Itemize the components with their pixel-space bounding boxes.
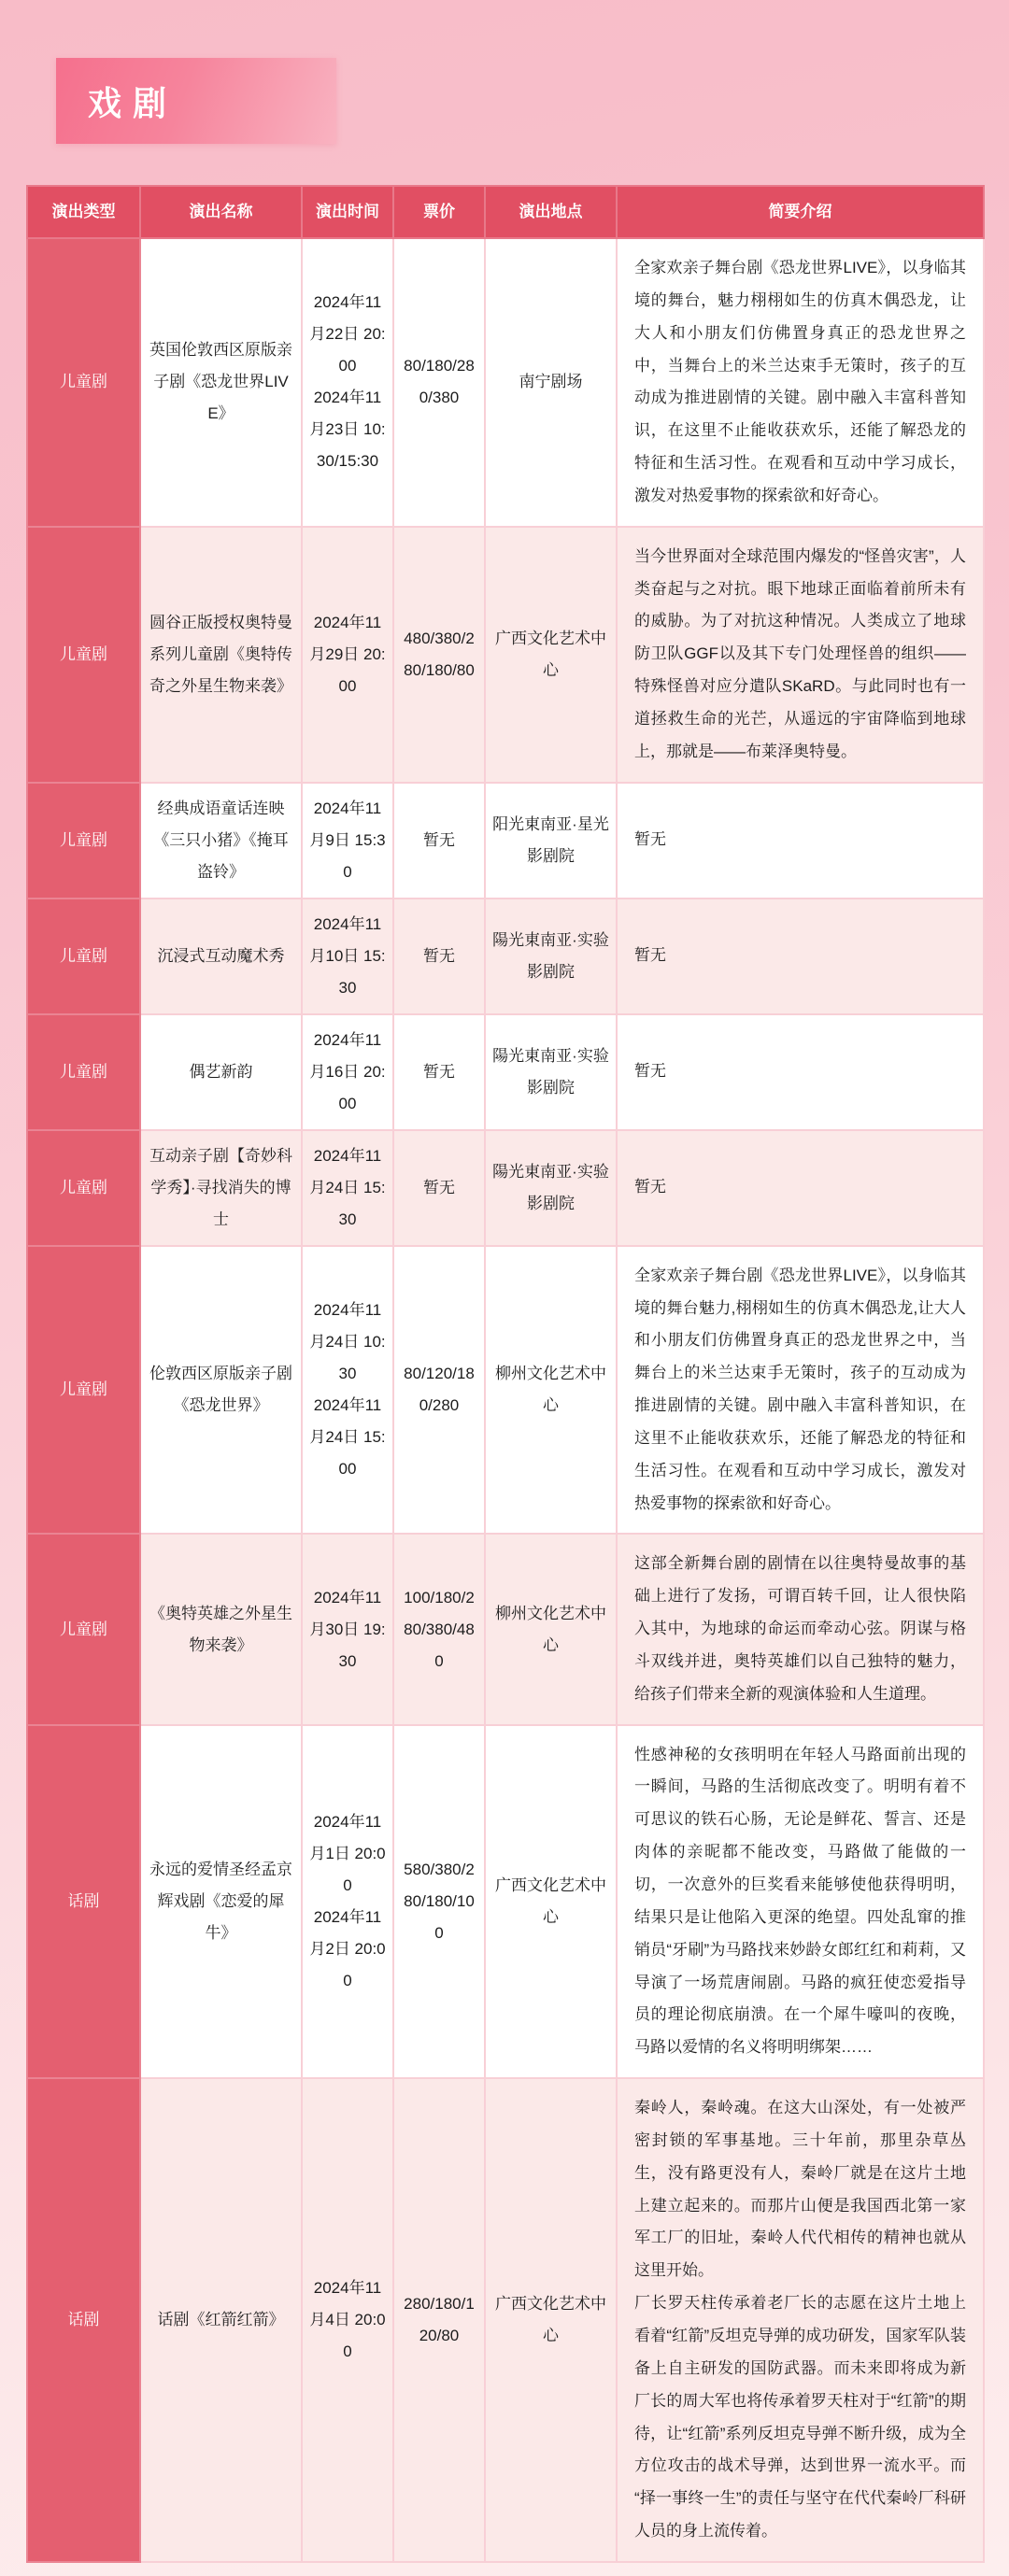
- cell-brief-intro: 秦岭人，秦岭魂。在这大山深处，有一处被严密封锁的军事基地。三十年前，那里杂草丛生…: [617, 2078, 984, 2562]
- table-row: 儿童剧 英国伦敦西区原版亲子剧《恐龙世界LIVE》 2024年11月22日 20…: [27, 238, 984, 527]
- cell-performance-venue: 陽光東南亚·实验影剧院: [485, 1130, 617, 1246]
- cell-brief-intro: 当今世界面对全球范围内爆发的“怪兽灾害”，人类奋起与之对抗。眼下地球正面临着前所…: [617, 527, 984, 783]
- header-cell-venue: 演出地点: [485, 186, 617, 238]
- cell-performance-type: 儿童剧: [27, 1130, 140, 1246]
- performance-table-body: 儿童剧 英国伦敦西区原版亲子剧《恐龙世界LIVE》 2024年11月22日 20…: [27, 238, 984, 2562]
- cell-performance-time: 2024年11月24日 10:30 2024年11月24日 15:00: [302, 1246, 393, 1535]
- cell-ticket-price: 480/380/280/180/80: [393, 527, 485, 783]
- cell-ticket-price: 580/380/280/180/100: [393, 1725, 485, 2078]
- cell-performance-venue: 陽光東南亚·实验影剧院: [485, 899, 617, 1014]
- cell-brief-intro: 暂无: [617, 1130, 984, 1246]
- cell-performance-name: 《奥特英雄之外星生物来袭》: [140, 1534, 302, 1724]
- cell-brief-intro: 暂无: [617, 783, 984, 899]
- cell-performance-time: 2024年11月16日 20:00: [302, 1014, 393, 1130]
- table-row: 儿童剧 《奥特英雄之外星生物来袭》 2024年11月30日 19:30 100/…: [27, 1534, 984, 1724]
- cell-ticket-price: 100/180/280/380/480: [393, 1534, 485, 1724]
- table-header-row: 演出类型 演出名称 演出时间 票价 演出地点 简要介绍: [27, 186, 984, 238]
- performance-table: 演出类型 演出名称 演出时间 票价 演出地点 简要介绍 儿童剧 英国伦敦西区原版…: [26, 185, 985, 2563]
- cell-performance-time: 2024年11月4日 20:00: [302, 2078, 393, 2562]
- cell-ticket-price: 暂无: [393, 1130, 485, 1246]
- cell-performance-name: 话剧《红箭红箭》: [140, 2078, 302, 2562]
- cell-ticket-price: 暂无: [393, 899, 485, 1014]
- cell-performance-type: 儿童剧: [27, 1014, 140, 1130]
- cell-performance-name: 英国伦敦西区原版亲子剧《恐龙世界LIVE》: [140, 238, 302, 527]
- cell-brief-intro: 这部全新舞台剧的剧情在以往奥特曼故事的基础上进行了发扬，可谓百转千回，让人很快陷…: [617, 1534, 984, 1724]
- header-cell-name: 演出名称: [140, 186, 302, 238]
- cell-performance-time: 2024年11月22日 20:00 2024年11月23日 10:30/15:3…: [302, 238, 393, 527]
- cell-ticket-price: 280/180/120/80: [393, 2078, 485, 2562]
- cell-performance-name: 偶艺新韵: [140, 1014, 302, 1130]
- cell-performance-type: 话剧: [27, 2078, 140, 2562]
- cell-performance-name: 互动亲子剧【奇妙科学秀】·寻找消失的博士: [140, 1130, 302, 1246]
- cell-performance-type: 话剧: [27, 1725, 140, 2078]
- cell-performance-type: 儿童剧: [27, 783, 140, 899]
- cell-performance-name: 永远的爱情圣经孟京辉戏剧《恋爱的犀牛》: [140, 1725, 302, 2078]
- cell-brief-intro: 暂无: [617, 899, 984, 1014]
- cell-performance-time: 2024年11月30日 19:30: [302, 1534, 393, 1724]
- cell-performance-time: 2024年11月29日 20:00: [302, 527, 393, 783]
- table-row: 儿童剧 互动亲子剧【奇妙科学秀】·寻找消失的博士 2024年11月24日 15:…: [27, 1130, 984, 1246]
- cell-performance-venue: 广西文化艺术中心: [485, 1725, 617, 2078]
- cell-performance-type: 儿童剧: [27, 1534, 140, 1724]
- cell-performance-type: 儿童剧: [27, 527, 140, 783]
- cell-performance-time: 2024年11月10日 15:30: [302, 899, 393, 1014]
- table-row: 儿童剧 伦敦西区原版亲子剧《恐龙世界》 2024年11月24日 10:30 20…: [27, 1246, 984, 1535]
- table-row: 儿童剧 偶艺新韵 2024年11月16日 20:00 暂无 陽光東南亚·实验影剧…: [27, 1014, 984, 1130]
- cell-performance-venue: 阳光東南亚·星光影剧院: [485, 783, 617, 899]
- cell-performance-venue: 陽光東南亚·实验影剧院: [485, 1014, 617, 1130]
- cell-performance-type: 儿童剧: [27, 1246, 140, 1535]
- cell-ticket-price: 80/180/280/380: [393, 238, 485, 527]
- cell-performance-venue: 柳州文化艺术中心: [485, 1246, 617, 1535]
- page-title: 戏剧: [88, 78, 178, 125]
- table-row: 话剧 话剧《红箭红箭》 2024年11月4日 20:00 280/180/120…: [27, 2078, 984, 2562]
- performance-table-wrap: 演出类型 演出名称 演出时间 票价 演出地点 简要介绍 儿童剧 英国伦敦西区原版…: [26, 185, 983, 2563]
- cell-brief-intro: 全家欢亲子舞台剧《恐龙世界LIVE》，以身临其境的舞台魅力,栩栩如生的仿真木偶恐…: [617, 1246, 984, 1535]
- cell-performance-name: 伦敦西区原版亲子剧《恐龙世界》: [140, 1246, 302, 1535]
- cell-ticket-price: 暂无: [393, 783, 485, 899]
- cell-performance-venue: 广西文化艺术中心: [485, 527, 617, 783]
- cell-performance-venue: 广西文化艺术中心: [485, 2078, 617, 2562]
- cell-performance-time: 2024年11月24日 15:30: [302, 1130, 393, 1246]
- header-cell-price: 票价: [393, 186, 485, 238]
- cell-brief-intro: 全家欢亲子舞台剧《恐龙世界LIVE》，以身临其境的舞台，魅力栩栩如生的仿真木偶恐…: [617, 238, 984, 527]
- header-cell-type: 演出类型: [27, 186, 140, 238]
- cell-performance-time: 2024年11月9日 15:30: [302, 783, 393, 899]
- cell-performance-venue: 南宁剧场: [485, 238, 617, 527]
- cell-performance-name: 经典成语童话连映《三只小猪》《掩耳盗铃》: [140, 783, 302, 899]
- cell-performance-type: 儿童剧: [27, 238, 140, 527]
- cell-performance-name: 圆谷正版授权奥特曼系列儿童剧《奥特传奇之外星生物来袭》: [140, 527, 302, 783]
- cell-performance-name: 沉浸式互动魔术秀: [140, 899, 302, 1014]
- header-cell-intro: 简要介绍: [617, 186, 984, 238]
- cell-ticket-price: 暂无: [393, 1014, 485, 1130]
- table-row: 话剧 永远的爱情圣经孟京辉戏剧《恋爱的犀牛》 2024年11月1日 20:00 …: [27, 1725, 984, 2078]
- cell-brief-intro: 性感神秘的女孩明明在年轻人马路面前出现的一瞬间，马路的生活彻底改变了。明明有着不…: [617, 1725, 984, 2078]
- table-row: 儿童剧 圆谷正版授权奥特曼系列儿童剧《奥特传奇之外星生物来袭》 2024年11月…: [27, 527, 984, 783]
- cell-brief-intro: 暂无: [617, 1014, 984, 1130]
- section-title-box: 戏剧: [56, 58, 336, 144]
- table-row: 儿童剧 沉浸式互动魔术秀 2024年11月10日 15:30 暂无 陽光東南亚·…: [27, 899, 984, 1014]
- cell-performance-type: 儿童剧: [27, 899, 140, 1014]
- header-cell-time: 演出时间: [302, 186, 393, 238]
- table-row: 儿童剧 经典成语童话连映《三只小猪》《掩耳盗铃》 2024年11月9日 15:3…: [27, 783, 984, 899]
- cell-ticket-price: 80/120/180/280: [393, 1246, 485, 1535]
- cell-performance-time: 2024年11月1日 20:00 2024年11月2日 20:00: [302, 1725, 393, 2078]
- cell-performance-venue: 柳州文化艺术中心: [485, 1534, 617, 1724]
